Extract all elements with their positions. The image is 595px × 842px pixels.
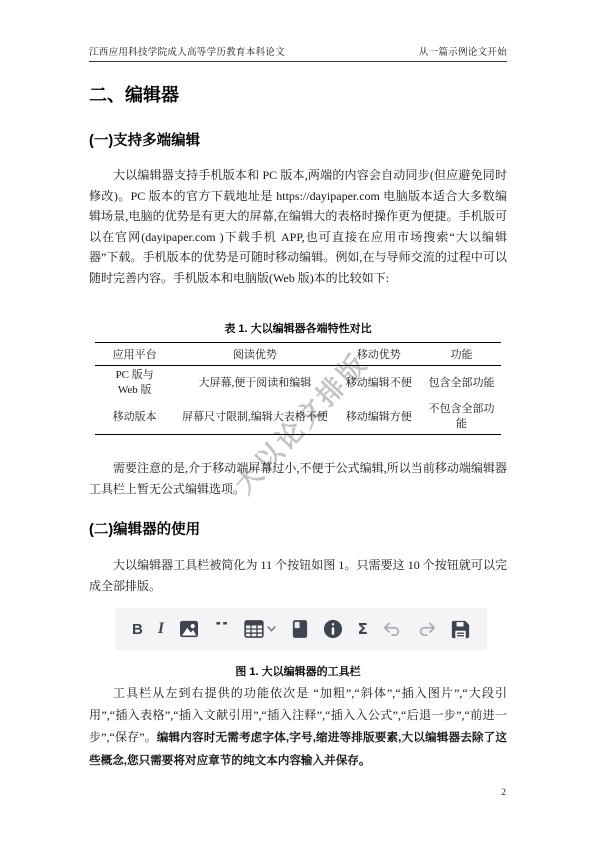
cell-platform: 移动版本 [95, 400, 174, 435]
section-heading-2: (二)编辑器的使用 [89, 521, 507, 540]
comparison-table: 应用平台 阅读优势 移动优势 功能 PC 版与 Web 版 大屏幕,便于阅读和编… [95, 342, 501, 435]
insert-formula-sigma-icon: Σ [358, 617, 368, 641]
page-number: 2 [501, 788, 506, 798]
insert-note-info-icon [323, 617, 343, 641]
chevron-down-icon [267, 617, 276, 641]
cell-reading: 大屏幕,便于阅读和编辑 [174, 366, 335, 401]
italic-icon: I [158, 617, 164, 641]
cell-platform: PC 版与 Web 版 [95, 366, 174, 401]
insert-image-icon [179, 617, 199, 641]
table-row: PC 版与 Web 版 大屏幕,便于阅读和编辑 移动编辑不便 包含全部功能 [95, 366, 501, 401]
paragraph-multi-device: 大以编辑器支持手机版本和 PC 版本,两端的内容会自动同步(但应避免同时修改)。… [89, 165, 507, 288]
cell-mobile: 移动编辑不便 [335, 366, 422, 401]
header-right-text: 从一篇示例论文开始 [419, 44, 507, 58]
column-header-reading: 阅读优势 [174, 343, 335, 366]
redo-icon [417, 617, 436, 641]
insert-table-button-group [244, 617, 276, 641]
cell-reading: 屏幕尺寸限制,编辑大表格不便 [174, 400, 335, 435]
section-heading-1: (一)支持多端编辑 [89, 132, 507, 151]
insert-table-icon [244, 617, 264, 641]
running-header: 江西应用科技学院成人高等学历教育本科论文 从一篇示例论文开始 [89, 44, 507, 62]
save-icon [451, 617, 470, 641]
undo-icon [383, 617, 402, 641]
paragraph-toolbar-usage: 工具栏从左到右提供的功能依次是 “加粗”,“斜体”,“插入图片”,“大段引用”,… [89, 682, 507, 772]
cell-features: 包含全部功能 [422, 366, 501, 401]
column-header-mobile: 移动优势 [335, 343, 422, 366]
bold-icon: B [132, 617, 143, 641]
table-caption: 表 1. 大以编辑器各端特性对比 [89, 320, 507, 336]
insert-citation-icon [292, 617, 308, 641]
column-header-features: 功能 [422, 343, 501, 366]
toolbar-figure: B I “ [115, 608, 487, 650]
column-header-platform: 应用平台 [95, 343, 174, 366]
cell-platform-line2: Web 版 [97, 383, 172, 398]
document-page: 大以论文排版 江西应用科技学院成人高等学历教育本科论文 从一篇示例论文开始 二、… [0, 0, 595, 842]
cell-mobile: 移动编辑方便 [335, 400, 422, 435]
cell-platform-line1: PC 版与 [97, 368, 172, 383]
cell-features: 不包含全部功能 [422, 400, 501, 435]
figure-caption: 图 1. 大以编辑器的工具栏 [89, 663, 507, 679]
header-left-text: 江西应用科技学院成人高等学历教育本科论文 [89, 44, 285, 58]
table-row: 移动版本 屏幕尺寸限制,编辑大表格不便 移动编辑方便 不包含全部功能 [95, 400, 501, 435]
paragraph-note: 需要注意的是,介于移动端屏幕过小,不便于公式编辑,所以当前移动端编辑器工具栏上暂… [89, 458, 507, 499]
paragraph-toolbar-intro: 大以编辑器工具栏被简化为 11 个按钮如图 1。只需要这 10 个按钮就可以完成… [89, 555, 507, 596]
chapter-title: 二、编辑器 [89, 83, 507, 107]
block-quote-icon: “ [214, 622, 229, 636]
table-header-row: 应用平台 阅读优势 移动优势 功能 [95, 343, 501, 366]
